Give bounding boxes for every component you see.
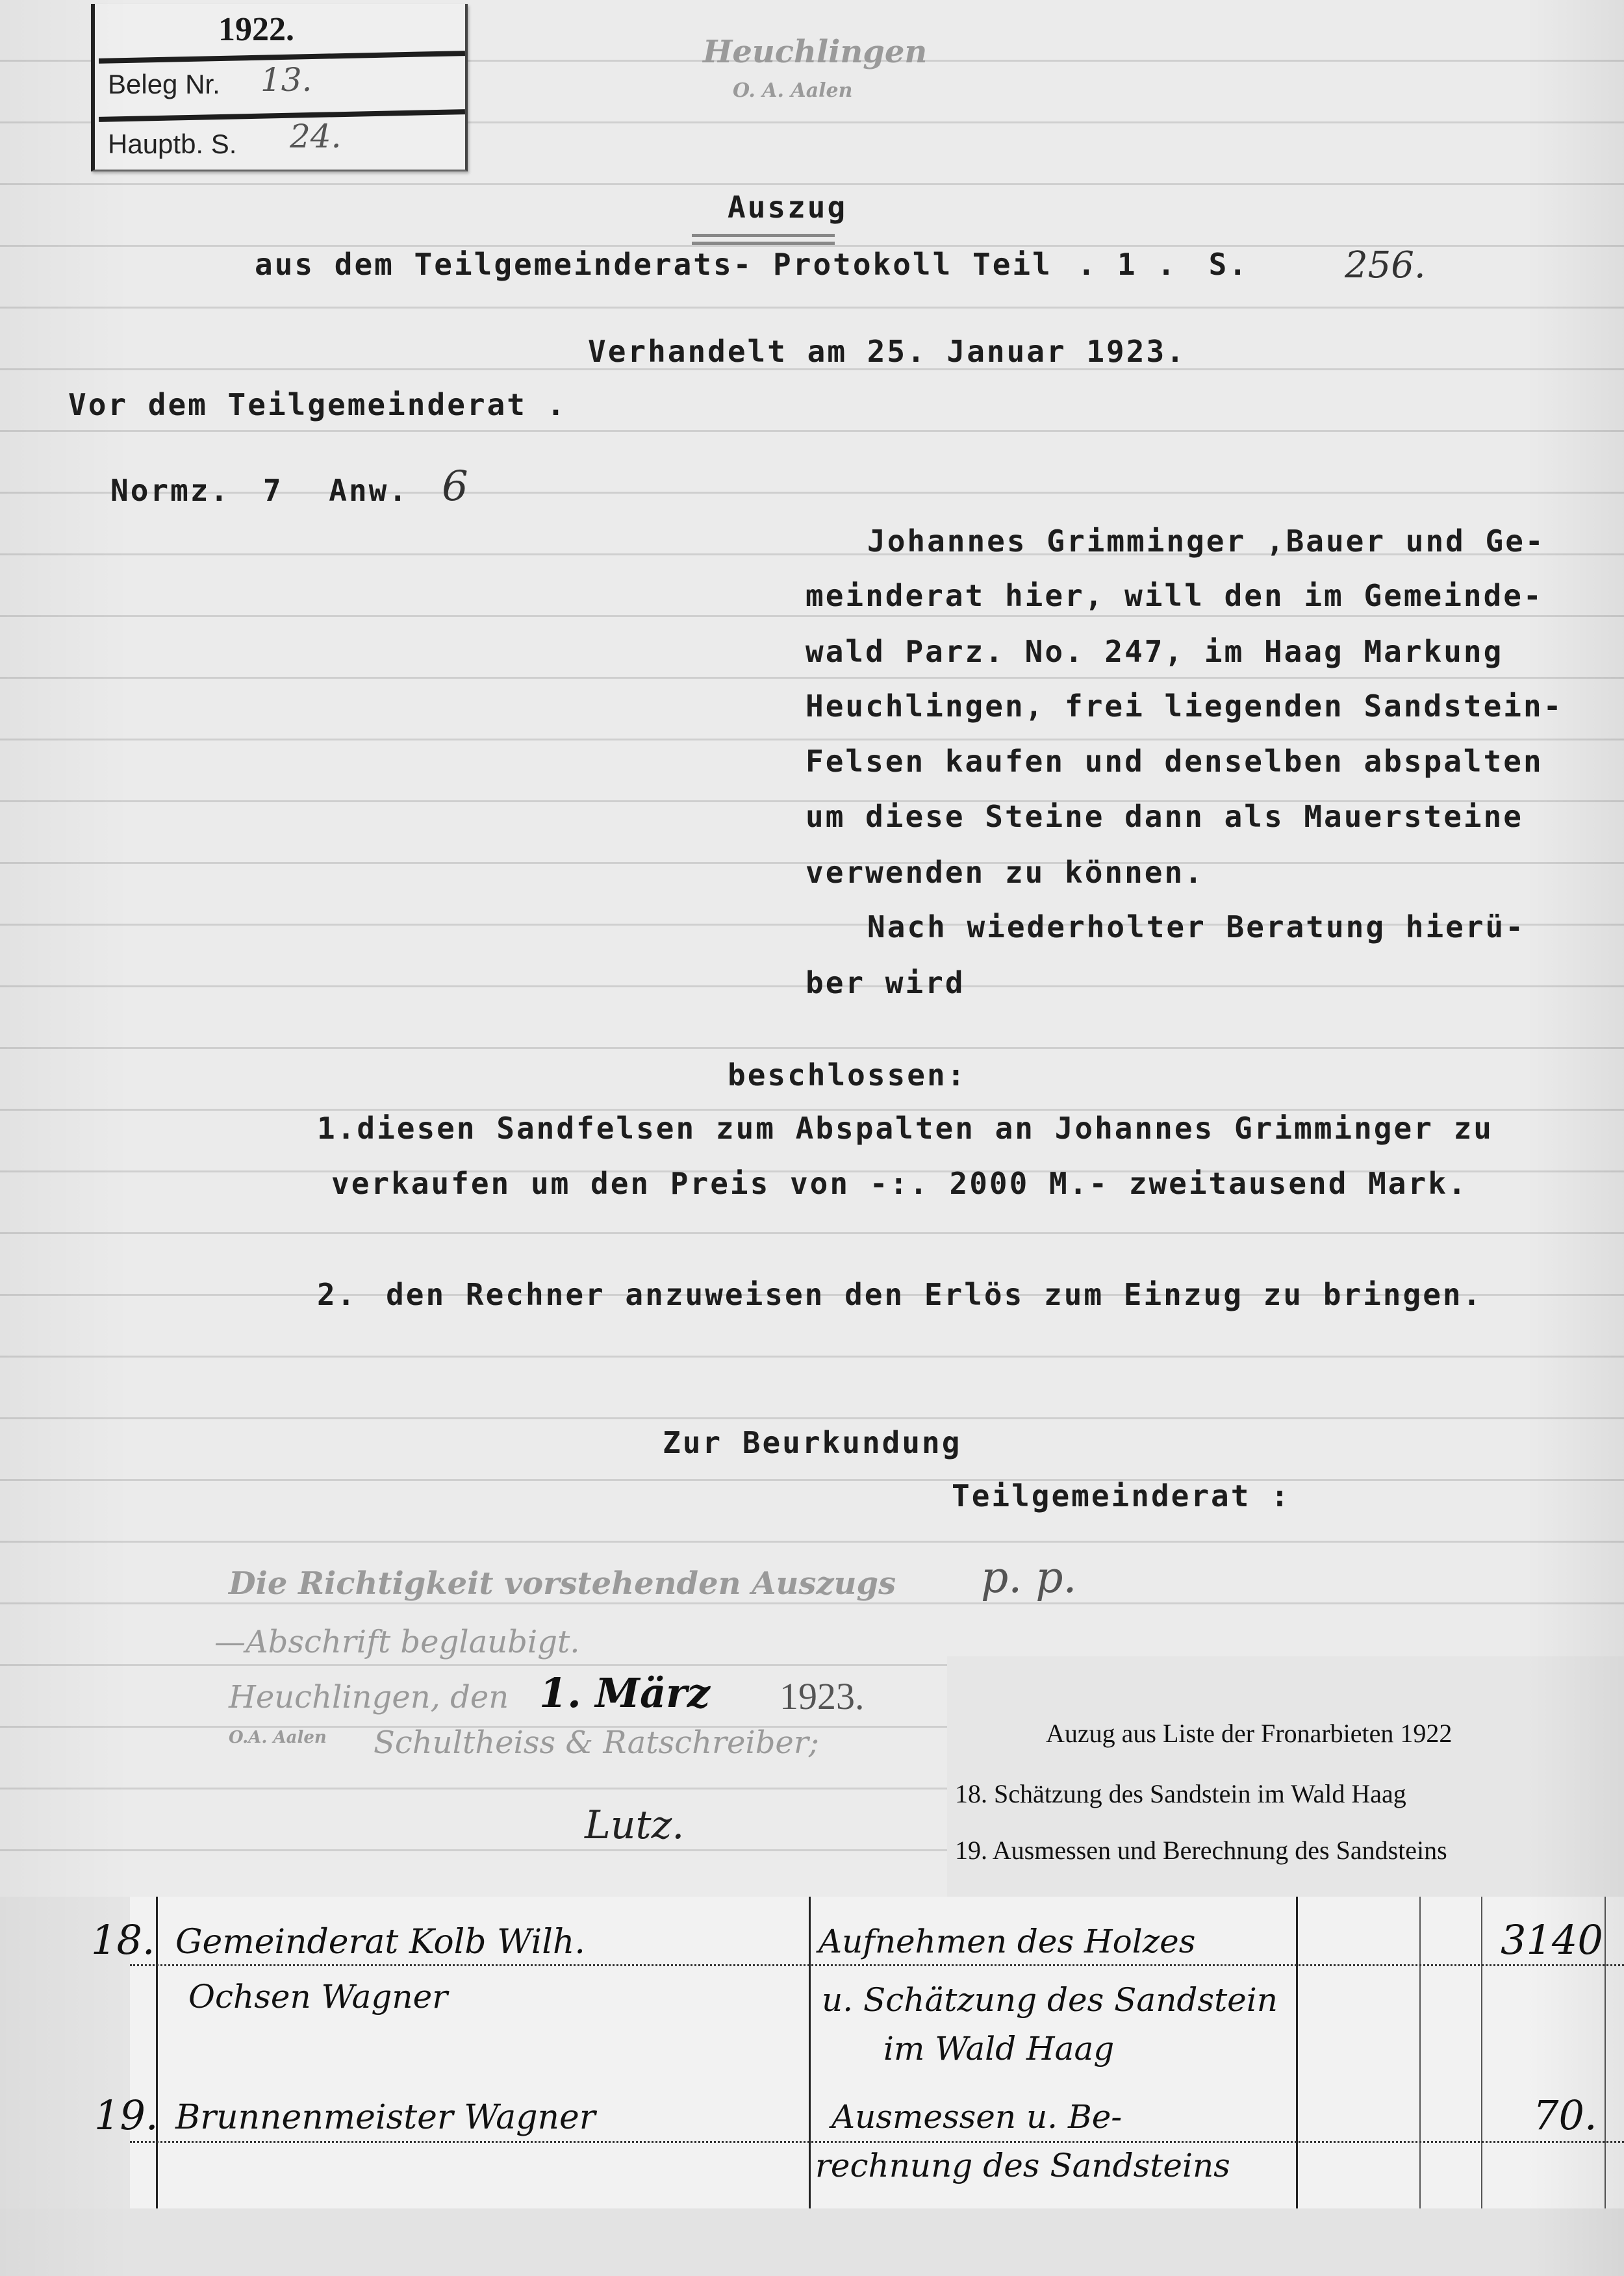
resolution-1-cont: verkaufen um den Preis von -:. 2000 M.- … (331, 1166, 1468, 1201)
certification-title: Schultheiss & Ratschreiber; (374, 1725, 819, 1761)
beleg-label: 1922. Beleg Nr. 13. Hauptb. S. 24. (91, 4, 468, 171)
certification-signature: Lutz. (585, 1802, 684, 1848)
protocol-page-number: 256. (1345, 244, 1426, 286)
ledger-excerpt: 18. Gemeinderat Kolb Wilh. Ochsen Wagner… (130, 1897, 1624, 2208)
caption-box: Auzug aus Liste der Fronarbieten 1922 18… (947, 1656, 1624, 1897)
hauptbuch-label: Hauptb. S. (108, 129, 236, 160)
body-line: meinderat hier, will den im Gemeinde- (806, 578, 1543, 613)
council-presence: Vor dem Teilgemeinderat . (68, 387, 566, 422)
attendance-line: Normz. 7 Anw. (110, 473, 409, 508)
attendance-handwritten: 6 (442, 462, 468, 511)
title-underline (692, 242, 835, 245)
ledger-row-name: Ochsen Wagner (188, 1978, 448, 2016)
attestation-heading: Zur Beurkundung (663, 1425, 961, 1460)
certification-district: O.A. Aalen (229, 1728, 327, 1747)
body-line: um diese Steine dann als Mauersteine (806, 799, 1523, 834)
deliberation-line: Nach wiederholter Beratung hierü- (867, 909, 1525, 944)
ledger-row-name: Brunnenmeister Wagner (175, 2098, 596, 2137)
body-line: Heuchlingen, frei liegenden Sandstein- (806, 689, 1563, 724)
ledger-column-rule (1296, 1897, 1298, 2208)
caption-item: 19. Ausmessen und Berechnung des Sandste… (955, 1835, 1447, 1865)
council-label: Teilgemeinderat : (952, 1478, 1291, 1513)
certification-place: Heuchlingen, den (229, 1679, 509, 1715)
body-line: wald Parz. No. 247, im Haag Markung (806, 634, 1503, 669)
document-page: 1922. Beleg Nr. 13. Hauptb. S. 24. Heuch… (0, 0, 1624, 2276)
ledger-row-work: Ausmessen u. Be- (831, 2098, 1122, 2136)
body-line: verwenden zu können. (806, 855, 1204, 890)
ledger-row-amount: 3140 (1501, 1916, 1603, 1964)
body-line: Felsen kaufen und denselben abspalten (806, 744, 1543, 779)
ledger-dotted-rule (130, 2141, 1624, 2143)
ledger-row-work: im Wald Haag (883, 2030, 1114, 2067)
ledger-row-work: Aufnehmen des Holzes (818, 1923, 1195, 1960)
title-underline (692, 234, 835, 237)
ledger-column-rule (809, 1897, 811, 2208)
bottom-margin (0, 2208, 1624, 2276)
ledger-column-rule (156, 1897, 158, 2208)
resolution-1: 1.diesen Sandfelsen zum Abspalten an Joh… (317, 1111, 1493, 1146)
ledger-row-number: 18. (91, 1916, 155, 1964)
beleg-divider (99, 109, 465, 122)
ledger-column-rule (1419, 1897, 1421, 2208)
deliberation-line: ber wird (806, 965, 965, 1000)
document-title: Auszug (728, 190, 847, 225)
resolved-heading: beschlossen: (728, 1057, 967, 1093)
hauptbuch-value: 24. (290, 118, 342, 155)
certification-date: 1. März (539, 1669, 710, 1717)
caption-item: 18. Schätzung des Sandstein im Wald Haag (955, 1778, 1406, 1809)
ledger-row-name: Gemeinderat Kolb Wilh. (175, 1923, 585, 1962)
place-stamp-district: O. A. Aalen (733, 79, 852, 102)
ledger-row-work: rechnung des Sandsteins (815, 2147, 1230, 2184)
ledger-column-rule (1481, 1897, 1482, 2208)
ledger-column-rule (1605, 1897, 1606, 2208)
body-line: Johannes Grimminger ,Bauer und Ge- (867, 524, 1545, 559)
resolution-2: 2. den Rechner anzuweisen den Erlös zum … (317, 1277, 1482, 1312)
certification-line: —Abschrift beglaubigt. (214, 1624, 580, 1660)
ledger-dotted-rule (130, 1964, 1624, 1966)
protocol-reference: aus dem Teilgemeinderats- Protokoll Teil… (255, 247, 1249, 282)
place-stamp-town: Heuchlingen (703, 34, 927, 70)
council-signatures: p. p. (981, 1552, 1076, 1602)
ledger-row-number: 19. (94, 2092, 159, 2139)
ledger-row-work: u. Schätzung des Sandstein (822, 1981, 1278, 2019)
negotiation-date: Verhandelt am 25. Januar 1923. (588, 334, 1186, 369)
caption-title: Auzug aus Liste der Fronarbieten 1922 (1046, 1718, 1452, 1749)
beleg-year: 1922. (218, 10, 294, 49)
beleg-nr-value: 13. (260, 61, 312, 99)
certification-year: 1923. (780, 1675, 865, 1718)
ledger-row-amount: 70. (1533, 2092, 1597, 2139)
certification-line: Die Richtigkeit vorstehenden Auszugs (229, 1565, 896, 1602)
beleg-nr-label: Beleg Nr. (108, 69, 220, 100)
